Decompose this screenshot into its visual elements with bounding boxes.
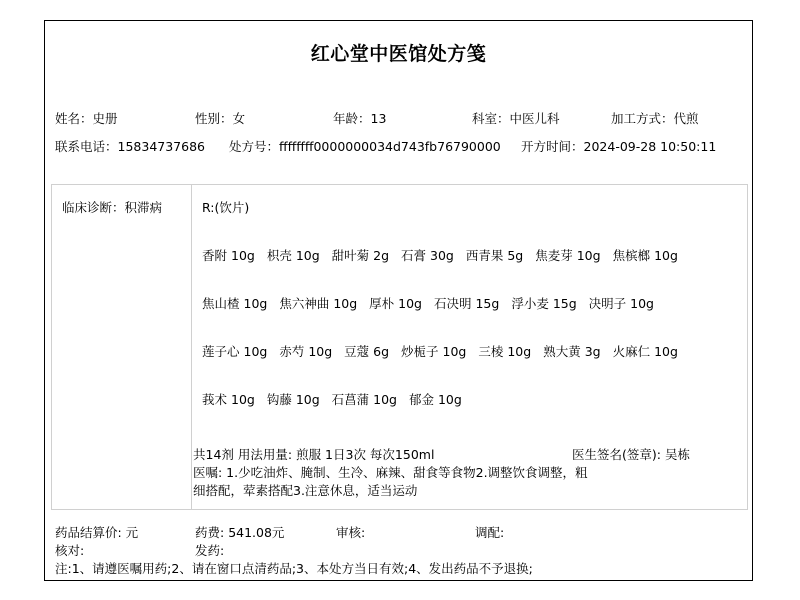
usage-dosage: 共14剂 用法用量: 煎服 1日3次 每次150ml: [193, 446, 593, 464]
doctor-advice: 医嘱: 1.少吃油炸、腌制、生冷、麻辣、甜食等食物2.调整饮食调整，粗细搭配，荤…: [193, 464, 593, 500]
settlement-price: 药品结算价: 元: [55, 523, 138, 541]
department: 科室：中医儿科: [472, 109, 560, 127]
herb-item: 浮小麦 15g: [511, 296, 576, 311]
herb-item: 三棱 10g: [478, 344, 531, 359]
herb-item: 甜叶菊 2g: [332, 248, 389, 263]
usage-and-advice: 共14剂 用法用量: 煎服 1日3次 每次150ml 医嘱: 1.少吃油炸、腌制…: [193, 446, 593, 500]
herb-item: 火麻仁 10g: [613, 344, 678, 359]
clinical-diagnosis: 临床诊断：积滞病: [62, 198, 162, 216]
dispense-prep-field: 调配:: [475, 523, 504, 541]
diagnosis-column: 临床诊断：积滞病: [52, 185, 192, 509]
herb-item: 西青果 5g: [466, 248, 523, 263]
herb-item: 香附 10g: [202, 248, 255, 263]
herb-item: 决明子 10g: [589, 296, 654, 311]
prescription-box: 临床诊断：积滞病 R:(饮片) 香附 10g 枳壳 10g 甜叶菊 2g 石膏 …: [51, 184, 748, 510]
herb-item: 焦槟榔 10g: [613, 248, 678, 263]
processing-method: 加工方式：代煎: [611, 109, 699, 127]
herb-line-4: 莪术 10g 钩藤 10g 石菖蒲 10g 郁金 10g: [202, 390, 470, 408]
herb-line-3: 莲子心 10g 赤芍 10g 豆蔻 6g 炒栀子 10g 三棱 10g 熟大黄 …: [202, 342, 686, 360]
doctor-signature: 医生签名(签章): 吴栋: [572, 446, 690, 464]
issue-field: 发药:: [195, 541, 224, 559]
prescription-column: R:(饮片) 香附 10g 枳壳 10g 甜叶菊 2g 石膏 30g 西青果 5…: [193, 185, 747, 509]
herb-line-1: 香附 10g 枳壳 10g 甜叶菊 2g 石膏 30g 西青果 5g 焦麦芽 1…: [202, 246, 686, 264]
herb-item: 钩藤 10g: [267, 392, 320, 407]
herb-item: 郁金 10g: [409, 392, 462, 407]
herb-item: 赤芍 10g: [279, 344, 332, 359]
check-field: 核对:: [55, 541, 84, 559]
medicine-fee: 药费: 541.08元: [195, 523, 284, 541]
patient-gender: 性别：女: [195, 109, 245, 127]
footer-notes: 注:1、请遵医嘱用药;2、请在窗口点清药品;3、本处方当日有效;4、发出药品不予…: [55, 559, 533, 577]
herb-item: 石决明 15g: [434, 296, 499, 311]
prescription-number: 处方号：ffffffff0000000034d743fb76790000: [229, 137, 501, 155]
herb-line-2: 焦山楂 10g 焦六神曲 10g 厚朴 10g 石决明 15g 浮小麦 15g …: [202, 294, 662, 312]
prescription-sheet: 红心堂中医馆处方笺 姓名：史册 性别：女 年龄：13 科室：中医儿科 加工方式：…: [44, 20, 753, 581]
prescription-time: 开方时间：2024-09-28 10:50:11: [521, 137, 716, 155]
review-field: 审核:: [336, 523, 365, 541]
patient-age: 年龄：13: [333, 109, 386, 127]
herb-item: 炒栀子 10g: [401, 344, 466, 359]
herb-item: 石菖蒲 10g: [332, 392, 397, 407]
herb-item: 熟大黄 3g: [543, 344, 600, 359]
page-title: 红心堂中医馆处方笺: [45, 39, 752, 66]
herb-item: 莲子心 10g: [202, 344, 267, 359]
herb-item: 厚朴 10g: [369, 296, 422, 311]
herb-item: 焦山楂 10g: [202, 296, 267, 311]
herb-item: 莪术 10g: [202, 392, 255, 407]
herb-item: 石膏 30g: [401, 248, 454, 263]
patient-phone: 联系电话：15834737686: [55, 137, 205, 155]
patient-name: 姓名：史册: [55, 109, 118, 127]
herb-item: 焦麦芽 10g: [535, 248, 600, 263]
herb-item: 枳壳 10g: [267, 248, 320, 263]
rx-label: R:(饮片): [202, 198, 249, 216]
herb-item: 豆蔻 6g: [344, 344, 389, 359]
herb-item: 焦六神曲 10g: [279, 296, 357, 311]
